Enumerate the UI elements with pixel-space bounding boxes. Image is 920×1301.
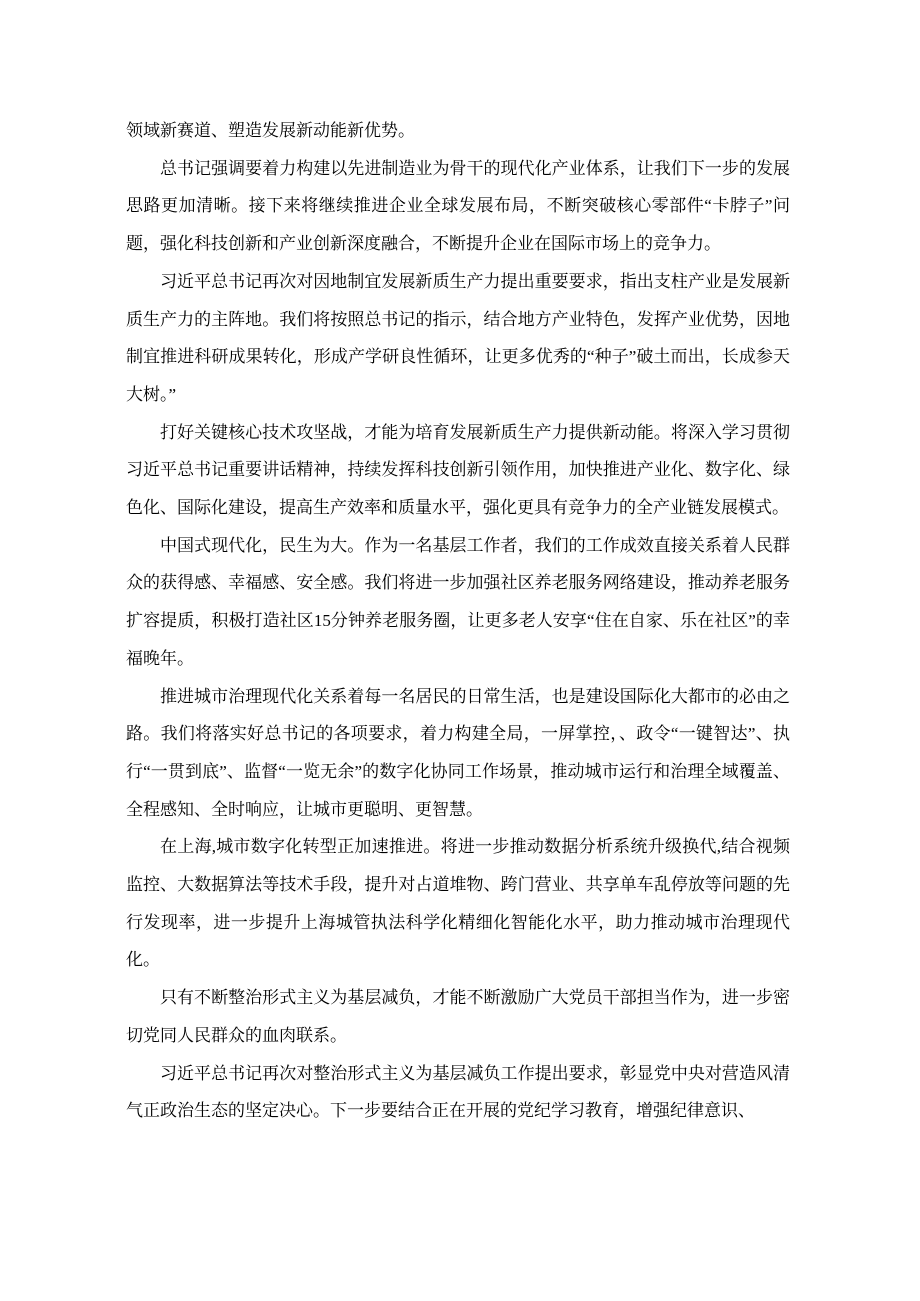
paragraph: 只有不断整治形式主义为基层减负，才能不断激励广大党员干部担当作为，进一步密切党同… <box>126 979 790 1054</box>
paragraph: 习近平总书记再次对整治形式主义为基层减负工作提出要求，彰显党中央对营造风清气正政… <box>126 1055 790 1130</box>
paragraph: 中国式现代化，民生为大。作为一名基层工作者，我们的工作成效直接关系着人民群众的获… <box>126 527 790 678</box>
paragraph: 推进城市治理现代化关系着每一名居民的日常生活，也是建设国际化大都市的必由之路。我… <box>126 678 790 829</box>
document-body: 领域新赛道、塑造发展新动能新优势。 总书记强调要着力构建以先进制造业为骨干的现代… <box>126 112 790 1130</box>
paragraph: 习近平总书记再次对因地制宜发展新质生产力提出重要要求，指出支柱产业是发展新质生产… <box>126 263 790 414</box>
paragraph: 打好关键核心技术攻坚战，才能为培育发展新质生产力提供新动能。将深入学习贯彻习近平… <box>126 414 790 527</box>
paragraph: 领域新赛道、塑造发展新动能新优势。 <box>126 112 790 150</box>
paragraph: 在上海,城市数字化转型正加速推进。将进一步推动数据分析系统升级换代,结合视频监控… <box>126 828 790 979</box>
paragraph: 总书记强调要着力构建以先进制造业为骨干的现代化产业体系，让我们下一步的发展思路更… <box>126 150 790 263</box>
document-page: 领域新赛道、塑造发展新动能新优势。 总书记强调要着力构建以先进制造业为骨干的现代… <box>0 0 920 1301</box>
